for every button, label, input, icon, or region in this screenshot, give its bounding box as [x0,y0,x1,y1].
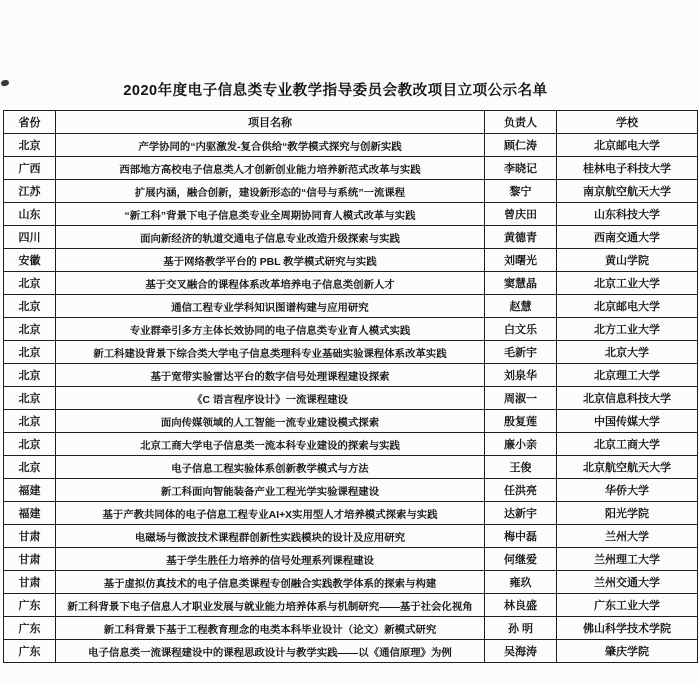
cell-province: 北京 [4,410,56,433]
cell-project: 通信工程专业学科知识图谱构建与应用研究 [56,295,485,318]
cell-school: 北京大学 [557,341,698,364]
cell-province: 江苏 [4,180,56,203]
table-row: 北京面向传媒领域的人工智能一流专业建设模式探索殷复莲中国传媒大学 [4,410,698,433]
cell-province: 北京 [4,433,56,456]
cell-school: 西南交通大学 [557,226,698,249]
cell-province: 福建 [4,502,56,525]
cell-school: 北京邮电大学 [557,295,698,318]
cell-leader: 梅中磊 [485,525,557,548]
cell-project: 扩展内涵，融合创新，建设新形态的“信号与系统”一流课程 [56,180,485,203]
table-row: 广东电子信息类一流课程建设中的课程思政设计与教学实践——以《通信原理》为例吴海涛… [4,640,698,663]
table-row: 四川面向新经济的轨道交通电子信息专业改造升级探索与实践黄德青西南交通大学 [4,226,698,249]
cell-school: 兰州交通大学 [557,571,698,594]
cell-project: 北京工商大学电子信息类一流本科专业建设的探索与实践 [56,433,485,456]
table-body: 北京产学协同的“内驱激发-复合供给“教学模式探究与创新实践顾仁涛北京邮电大学广西… [4,134,698,663]
cell-province: 广东 [4,617,56,640]
cell-school: 中国传媒大学 [557,410,698,433]
cell-province: 广东 [4,640,56,663]
table-row: 北京电子信息工程实验体系创新教学模式与方法王俊北京航空航天大学 [4,456,698,479]
cell-province: 北京 [4,318,56,341]
cell-leader: 林良盛 [485,594,557,617]
header-leader: 负责人 [485,111,557,134]
cell-leader: 吴海涛 [485,640,557,663]
table-row: 山东“新工科”背景下电子信息类专业全周期协同育人模式改革与实践曾庆田山东科技大学 [4,203,698,226]
cell-province: 甘肃 [4,571,56,594]
cell-school: 北京邮电大学 [557,134,698,157]
cell-province: 北京 [4,272,56,295]
cell-leader: 黄德青 [485,226,557,249]
table-row: 北京《C 语言程序设计》一流课程建设周淑一北京信息科技大学 [4,387,698,410]
cell-school: 兰州理工大学 [557,548,698,571]
cell-school: 北京理工大学 [557,364,698,387]
table-header: 省份 项目名称 负责人 学校 [4,111,698,134]
cell-project: 基于学生胜任力培养的信号处理系列课程建设 [56,548,485,571]
cell-project: 电子信息类一流课程建设中的课程思政设计与教学实践——以《通信原理》为例 [56,640,485,663]
cell-school: 北京工业大学 [557,272,698,295]
cell-school: 北方工业大学 [557,318,698,341]
cell-school: 肇庆学院 [557,640,698,663]
cell-leader: 黎宁 [485,180,557,203]
table-row: 江苏扩展内涵，融合创新，建设新形态的“信号与系统”一流课程黎宁南京航空航天大学 [4,180,698,203]
cell-leader: 窦慧晶 [485,272,557,295]
cell-project: 基于虚拟仿真技术的电子信息类课程专创融合实践教学体系的探索与构建 [56,571,485,594]
table-row: 福建基于产教共同体的电子信息工程专业AI+X实用型人才培养模式探索与实践达新宇阳… [4,502,698,525]
cell-school: 黄山学院 [557,249,698,272]
cell-project: 电磁场与微波技术课程群创新性实践模块的设计及应用研究 [56,525,485,548]
cell-leader: 刘曙光 [485,249,557,272]
cell-school: 广东工业大学 [557,594,698,617]
table-row: 北京北京工商大学电子信息类一流本科专业建设的探索与实践廉小亲北京工商大学 [4,433,698,456]
cell-province: 北京 [4,387,56,410]
cell-leader: 白文乐 [485,318,557,341]
cell-province: 广西 [4,157,56,180]
cell-leader: 刘泉华 [485,364,557,387]
cell-project: 专业群牵引多方主体长效协同的电子信息类专业育人模式实践 [56,318,485,341]
cell-project: 基于产教共同体的电子信息工程专业AI+X实用型人才培养模式探索与实践 [56,502,485,525]
table-row: 广东新工科背景下基于工程教育理念的电类本科毕业设计（论文）新模式研究孙 明佛山科… [4,617,698,640]
table-row: 北京基于交叉融合的课程体系改革培养电子信息类创新人才窦慧晶北京工业大学 [4,272,698,295]
cell-leader: 赵慧 [485,295,557,318]
cell-school: 桂林电子科技大学 [557,157,698,180]
cell-project: 西部地方高校电子信息类人才创新创业能力培养新范式改革与实践 [56,157,485,180]
cell-leader: 毛新宇 [485,341,557,364]
cell-leader: 曾庆田 [485,203,557,226]
cell-project: 《C 语言程序设计》一流课程建设 [56,387,485,410]
page-title: 2020年度电子信息类专业教学指导委员会教改项目立项公示名单 [0,79,685,100]
cell-leader: 达新宇 [485,502,557,525]
table-row: 甘肃基于学生胜任力培养的信号处理系列课程建设何继爱兰州理工大学 [4,548,698,571]
cell-project: 电子信息工程实验体系创新教学模式与方法 [56,456,485,479]
cell-school: 兰州大学 [557,525,698,548]
cell-school: 北京工商大学 [557,433,698,456]
table-row: 甘肃电磁场与微波技术课程群创新性实践模块的设计及应用研究梅中磊兰州大学 [4,525,698,548]
cell-province: 安徽 [4,249,56,272]
cell-leader: 李晓记 [485,157,557,180]
cell-project: 面向传媒领域的人工智能一流专业建设模式探索 [56,410,485,433]
cell-project: 新工科面向智能装备产业工程光学实验课程建设 [56,479,485,502]
cell-province: 北京 [4,341,56,364]
table-row: 北京通信工程专业学科知识图谱构建与应用研究赵慧北京邮电大学 [4,295,698,318]
cell-leader: 殷复莲 [485,410,557,433]
cell-province: 北京 [4,134,56,157]
cell-province: 甘肃 [4,525,56,548]
cell-province: 北京 [4,295,56,318]
cell-school: 北京航空航天大学 [557,456,698,479]
cell-school: 北京信息科技大学 [557,387,698,410]
cell-project: “新工科”背景下电子信息类专业全周期协同育人模式改革与实践 [56,203,485,226]
header-school: 学校 [557,111,698,134]
cell-leader: 何继爱 [485,548,557,571]
cell-project: 新工科背景下基于工程教育理念的电类本科毕业设计（论文）新模式研究 [56,617,485,640]
cell-leader: 王俊 [485,456,557,479]
cell-school: 山东科技大学 [557,203,698,226]
header-province: 省份 [4,111,56,134]
cell-project: 基于宽带实验雷达平台的数字信号处理课程建设探索 [56,364,485,387]
cell-project: 产学协同的“内驱激发-复合供给“教学模式探究与创新实践 [56,134,485,157]
cell-school: 华侨大学 [557,479,698,502]
table-row: 北京基于宽带实验雷达平台的数字信号处理课程建设探索刘泉华北京理工大学 [4,364,698,387]
cell-project: 新工科背景下电子信息人才职业发展与就业能力培养体系与机制研究——基于社会化视角 [56,594,485,617]
header-row: 省份 项目名称 负责人 学校 [4,111,698,134]
cell-school: 佛山科学技术学院 [557,617,698,640]
cell-leader: 任洪亮 [485,479,557,502]
cell-project: 新工科建设背景下综合类大学电子信息类理科专业基础实验课程体系改革实践 [56,341,485,364]
table-row: 安徽基于网络教学平台的 PBL 教学模式研究与实践刘曙光黄山学院 [4,249,698,272]
cell-province: 山东 [4,203,56,226]
cell-province: 北京 [4,456,56,479]
cell-school: 南京航空航天大学 [557,180,698,203]
table-row: 北京新工科建设背景下综合类大学电子信息类理科专业基础实验课程体系改革实践毛新宇北… [4,341,698,364]
cell-project: 面向新经济的轨道交通电子信息专业改造升级探索与实践 [56,226,485,249]
cell-province: 福建 [4,479,56,502]
cell-leader: 孙 明 [485,617,557,640]
cell-project: 基于交叉融合的课程体系改革培养电子信息类创新人才 [56,272,485,295]
table-row: 广东新工科背景下电子信息人才职业发展与就业能力培养体系与机制研究——基于社会化视… [4,594,698,617]
cell-leader: 廉小亲 [485,433,557,456]
table-row: 北京产学协同的“内驱激发-复合供给“教学模式探究与创新实践顾仁涛北京邮电大学 [4,134,698,157]
cell-province: 四川 [4,226,56,249]
table-row: 北京专业群牵引多方主体长效协同的电子信息类专业育人模式实践白文乐北方工业大学 [4,318,698,341]
projects-table: 省份 项目名称 负责人 学校 北京产学协同的“内驱激发-复合供给“教学模式探究与… [3,110,698,663]
cell-leader: 顾仁涛 [485,134,557,157]
table-row: 广西西部地方高校电子信息类人才创新创业能力培养新范式改革与实践李晓记桂林电子科技… [4,157,698,180]
cell-province: 甘肃 [4,548,56,571]
header-project: 项目名称 [56,111,485,134]
table-row: 甘肃基于虚拟仿真技术的电子信息类课程专创融合实践教学体系的探索与构建雍玖兰州交通… [4,571,698,594]
cell-project: 基于网络教学平台的 PBL 教学模式研究与实践 [56,249,485,272]
cell-school: 阳光学院 [557,502,698,525]
cell-leader: 雍玖 [485,571,557,594]
cell-leader: 周淑一 [485,387,557,410]
table-row: 福建新工科面向智能装备产业工程光学实验课程建设任洪亮华侨大学 [4,479,698,502]
cell-province: 北京 [4,364,56,387]
cell-province: 广东 [4,594,56,617]
